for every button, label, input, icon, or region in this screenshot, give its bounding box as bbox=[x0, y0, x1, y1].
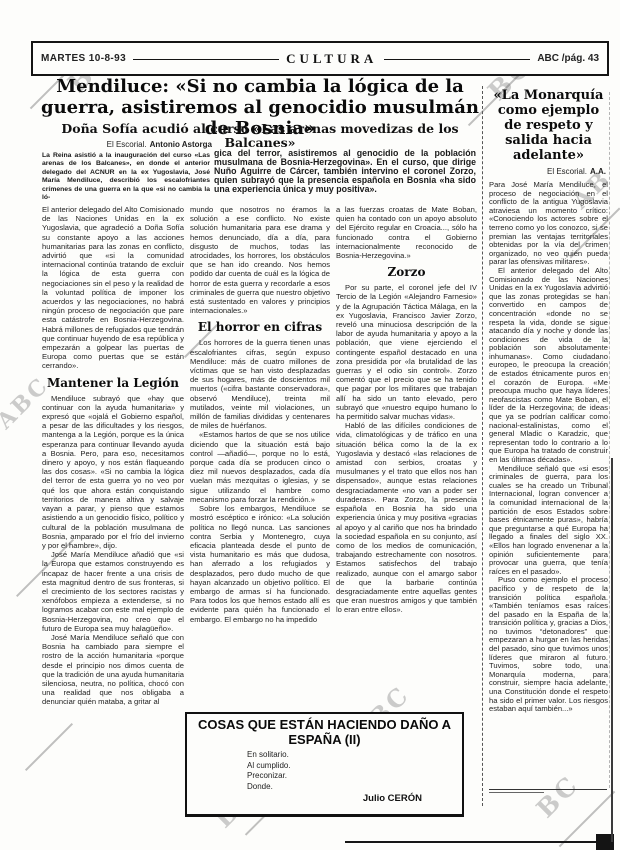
inset-box-list: En solitario.Al cumplido.Preconizar.Dond… bbox=[195, 750, 454, 792]
sidebar-headline: «La Monarquía como ejemplo de respeto y … bbox=[489, 88, 608, 163]
body-column-3: a las fuerzas croatas de Mate Boban, qui… bbox=[336, 205, 477, 702]
list-item: En solitario. bbox=[195, 750, 454, 761]
column-divider bbox=[482, 86, 483, 806]
column-subhead: Mantener la Legión bbox=[42, 377, 184, 390]
body-paragraph: «Estamos hartos de que se nos utilice di… bbox=[190, 430, 330, 504]
sidebar-body: Para José María Mendiluce, el proceso de… bbox=[489, 181, 608, 714]
body-paragraph: José María Mendiluce añadió que «si la E… bbox=[42, 550, 184, 633]
header-divider-left bbox=[133, 59, 279, 60]
sidebar-article: «La Monarquía como ejemplo de respeto y … bbox=[489, 88, 608, 788]
inset-box-signature: Julio CERÓN bbox=[195, 793, 454, 804]
inset-box-title: COSAS QUE ESTÁN HACIENDO DAÑO A ESPAÑA (… bbox=[195, 718, 454, 747]
byline-author: Antonio Astorga bbox=[150, 140, 212, 149]
scan-artifact-right-line bbox=[611, 458, 613, 842]
list-item: Al cumplido. bbox=[195, 761, 454, 772]
lead-paragraph-left: La Reina asistió a la inauguración del c… bbox=[42, 152, 210, 203]
body-column-2: mundo que nosotros no éramos la solución… bbox=[190, 205, 330, 706]
byline: El Escorial.Antonio Astorga bbox=[42, 140, 212, 149]
page-number: ABC /pág. 43 bbox=[537, 53, 599, 64]
header-divider-right bbox=[384, 59, 530, 60]
sidebar-byline: El Escorial.A.A. bbox=[489, 167, 606, 176]
body-paragraph: Por su parte, el coronel jefe del IV Ter… bbox=[336, 283, 477, 421]
body-paragraph: Sobre los embargos, Mendiluce se mostró … bbox=[190, 504, 330, 624]
sidebar-byline-place: El Escorial. bbox=[547, 167, 587, 176]
sidebar-right-divider bbox=[609, 92, 610, 788]
body-paragraph: mundo que nosotros no éramos la solución… bbox=[190, 205, 330, 315]
body-paragraph: José María Mendiluce señaló que con Bosn… bbox=[42, 633, 184, 707]
body-paragraph: Para José María Mendiluce, el proceso de… bbox=[489, 181, 608, 267]
body-paragraph: Habló de las difíciles condiciones de vi… bbox=[336, 421, 477, 614]
body-paragraph: Mendiluce subrayó que «hay que continuar… bbox=[42, 394, 184, 550]
body-paragraph: El anterior delegado del Alto Comisionad… bbox=[42, 205, 184, 371]
list-item: Preconizar. bbox=[195, 771, 454, 782]
body-paragraph: Puso como ejemplo el proceso pacífico y … bbox=[489, 576, 608, 714]
sidebar-bottom-rule bbox=[489, 789, 607, 790]
header-bar: MARTES 10-8-93 CULTURA ABC /pág. 43 bbox=[31, 41, 609, 76]
sidebar-byline-author: A.A. bbox=[590, 167, 606, 176]
lead-paragraph-right: gica del terror, asistiremos al genocidi… bbox=[214, 149, 476, 203]
body-paragraph: El anterior delegado del Alto Comisionad… bbox=[489, 267, 608, 465]
date-label: MARTES 10-8-93 bbox=[41, 53, 126, 64]
body-paragraph: Los horrores de la guerra tienen unas es… bbox=[190, 338, 330, 430]
byline-place: El Escorial. bbox=[107, 140, 147, 149]
column-subhead: Zorzo bbox=[336, 266, 477, 279]
section-title: CULTURA bbox=[286, 51, 377, 67]
sidebar-bottom-rule-2 bbox=[489, 792, 544, 793]
newspaper-page: BCBCABABCABCBCBC MARTES 10-8-93 CULTURA … bbox=[0, 0, 620, 850]
body-column-1: El anterior delegado del Alto Comisionad… bbox=[42, 205, 184, 822]
body-paragraph: Mendiluce señaló que «si esos criminales… bbox=[489, 465, 608, 577]
column-subhead: El horror en cifras bbox=[190, 321, 330, 334]
scan-artifact-bottom-line bbox=[345, 841, 612, 843]
list-item: Donde. bbox=[195, 782, 454, 793]
inset-article-box: COSAS QUE ESTÁN HACIENDO DAÑO A ESPAÑA (… bbox=[185, 712, 464, 817]
body-paragraph: a las fuerzas croatas de Mate Boban, qui… bbox=[336, 205, 477, 260]
